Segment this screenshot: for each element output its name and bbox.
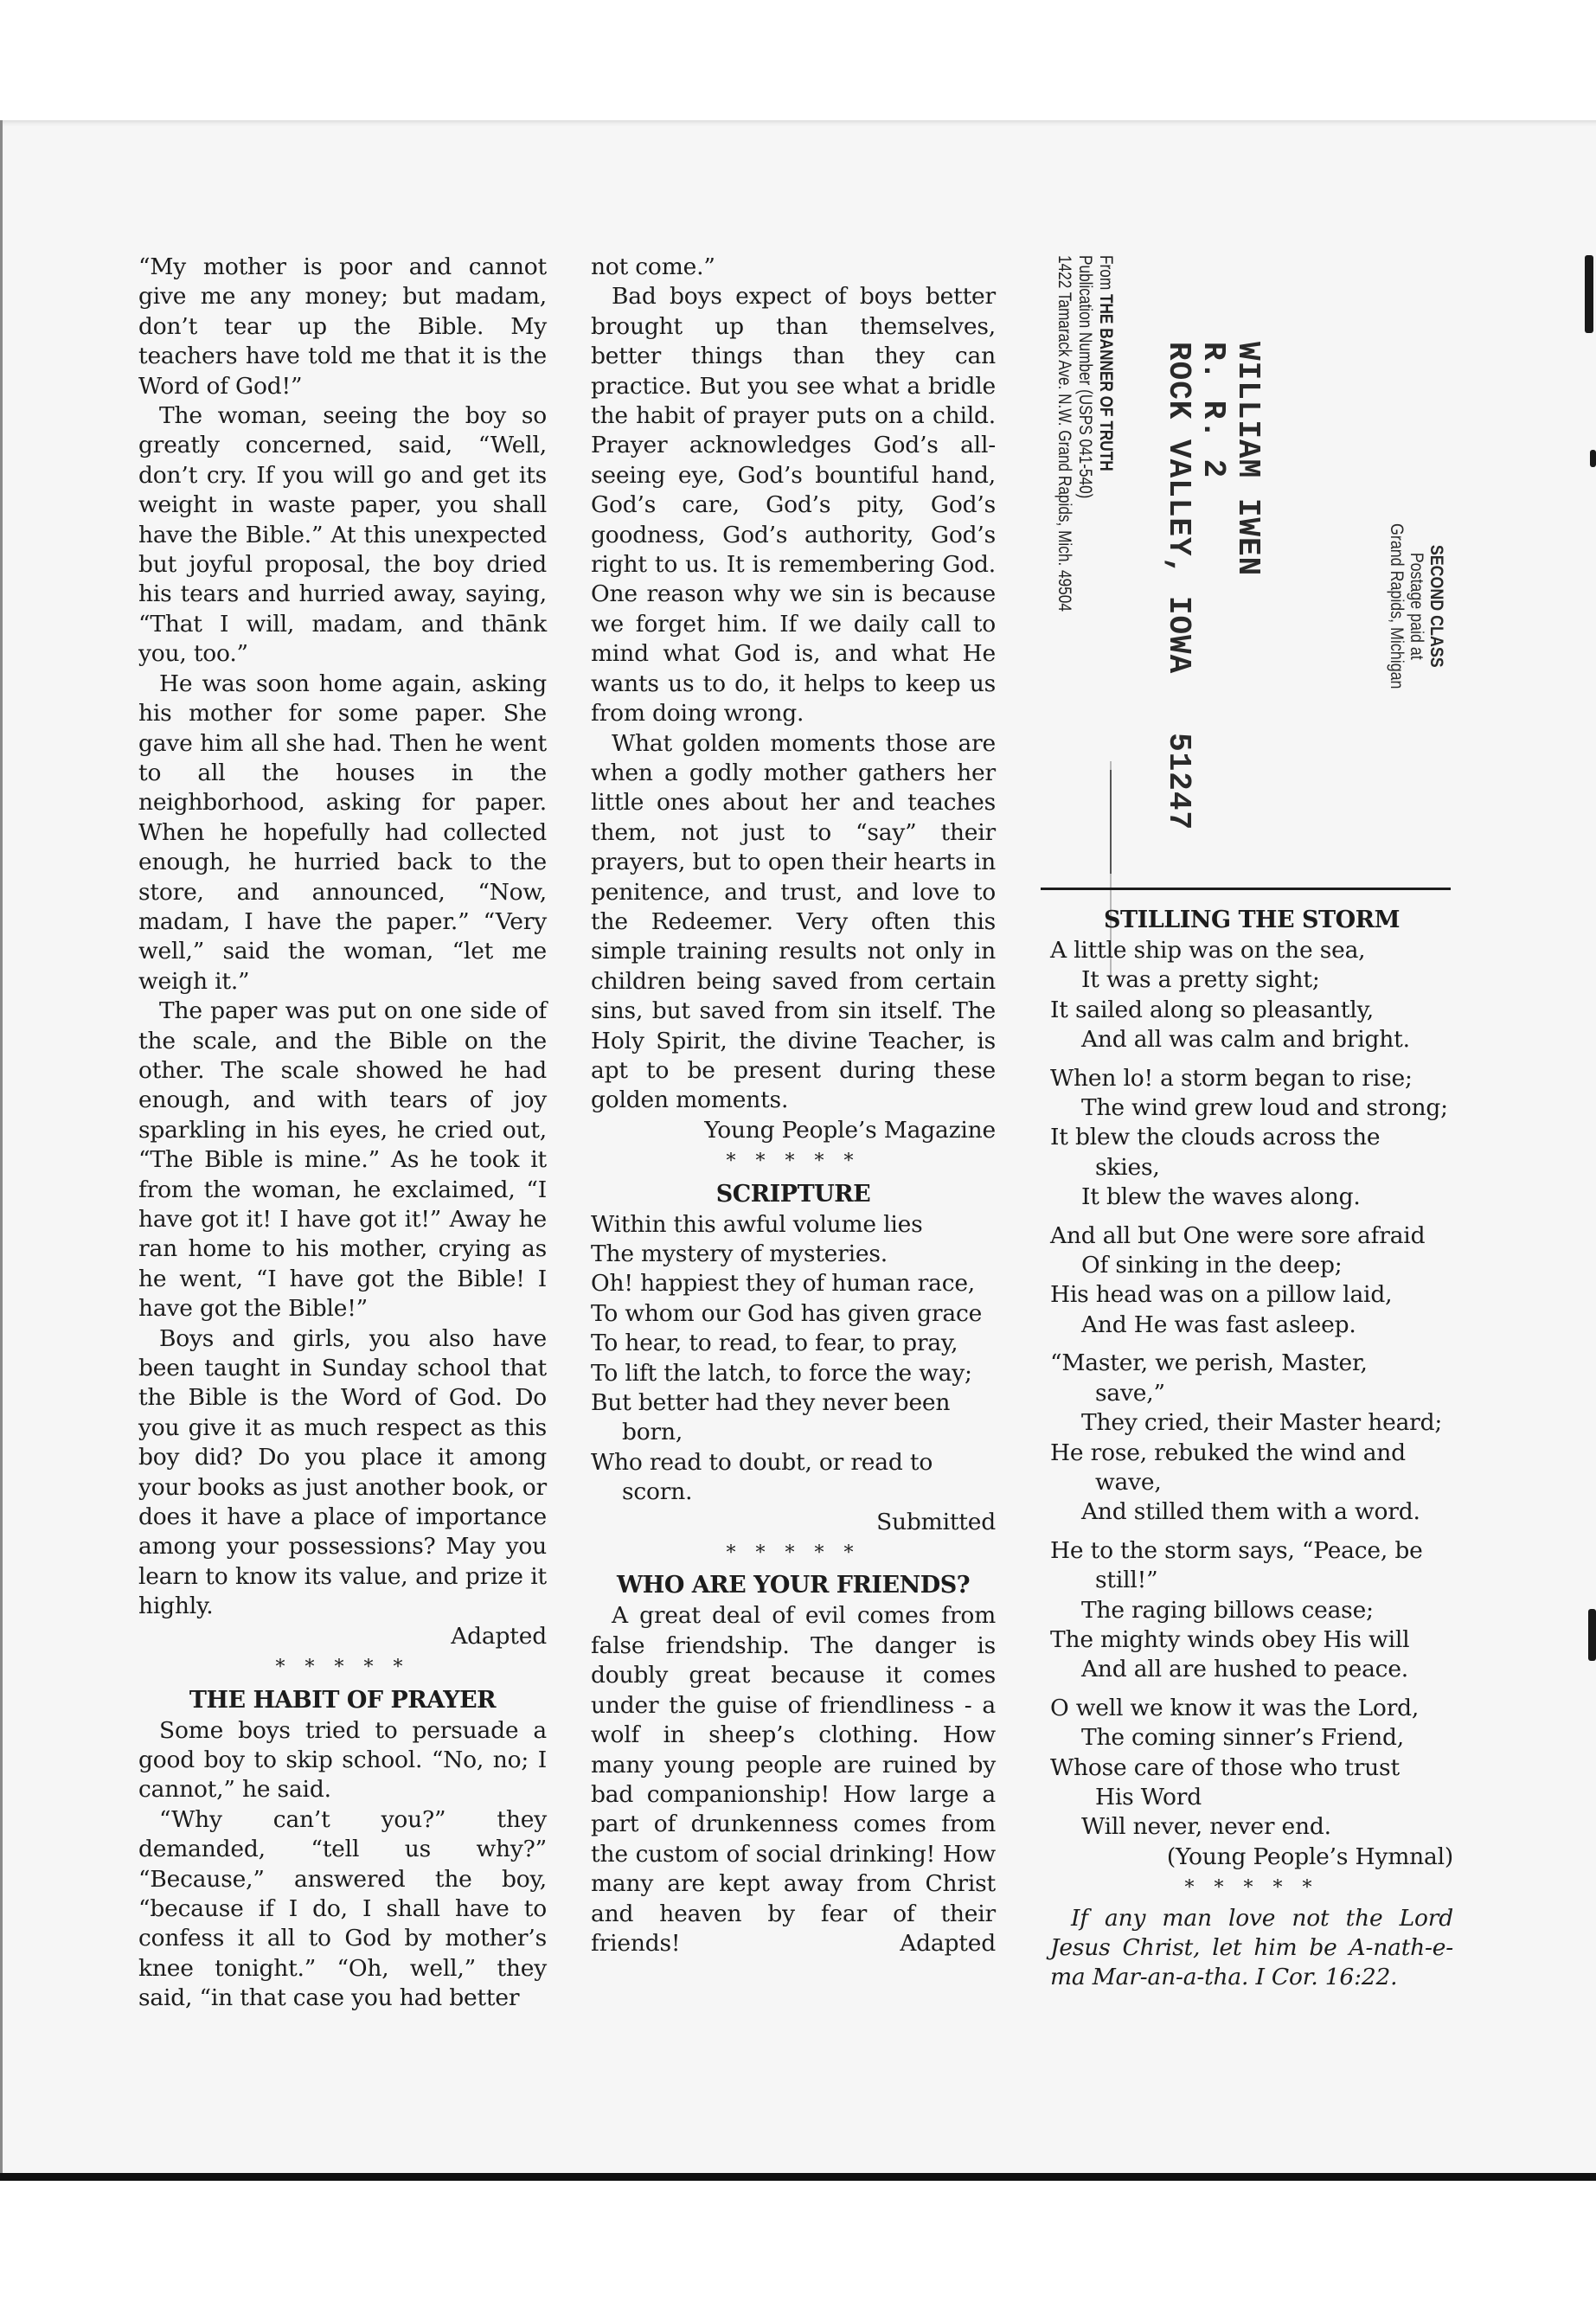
poem-line: Whose care of those who trust: [1050, 1753, 1453, 1783]
section-separator: * * * * *: [591, 1539, 996, 1568]
poem-line: It blew the clouds across the: [1050, 1123, 1453, 1152]
recipient-address: WILLIAM IWEN R. R. 2 ROCK VALLEY, IOWA 5…: [1161, 342, 1265, 830]
postage-line: Grand Rapids, Michigan: [1387, 523, 1407, 689]
middle-column: not come.” Bad boys expect of boys bette…: [591, 253, 996, 1959]
page-edge-mark: [1590, 450, 1596, 467]
poem-line: Within this awful volume lies: [591, 1210, 996, 1240]
recipient-city: ROCK VALLEY, IOWA 51247: [1161, 342, 1195, 830]
habit-paragraph: What golden moments those are when a god…: [591, 729, 996, 1116]
habit-paragraph: Some boys tried to persuade a good boy t…: [138, 1716, 547, 1805]
poem-line: His Word: [1050, 1783, 1453, 1812]
poem-stanza: “Master, we perish, Master, save,” They …: [1050, 1349, 1453, 1527]
poem-line: But better had they never been: [591, 1388, 996, 1418]
poem-attribution: (Young People’s Hymnal): [1050, 1843, 1453, 1872]
poem-stanza: A little ship was on the sea, It was a p…: [1050, 936, 1453, 1055]
left-column: “My mother is poor and cannot give me an…: [138, 253, 547, 2014]
stilling-the-storm-title: STILLING THE STORM: [1050, 905, 1453, 936]
page-edge-mark: [1588, 1609, 1596, 1661]
poem-line: A little ship was on the sea,: [1050, 936, 1453, 965]
habit-of-prayer-title: THE HABIT OF PRAYER: [138, 1685, 547, 1716]
poem-line: born,: [591, 1418, 996, 1447]
poem-line: Of sinking in the deep;: [1050, 1251, 1453, 1280]
scripture-poem: Within this awful volume lies The myster…: [591, 1210, 996, 1508]
story-attribution: Adapted: [138, 1622, 547, 1651]
poem-line: When lo! a storm began to rise;: [1050, 1064, 1453, 1093]
poem-line: The wind grew loud and strong;: [1050, 1093, 1453, 1123]
habit-paragraph: Bad boys expect of boys better brought u…: [591, 282, 996, 728]
page-edge-mark: [1585, 255, 1593, 333]
poem-line: It was a pretty sight;: [1050, 965, 1453, 995]
right-column: STILLING THE STORM A little ship was on …: [1050, 903, 1453, 1993]
postage-class: SECOND CLASS: [1426, 523, 1446, 689]
poem-line: The mystery of mysteries.: [591, 1240, 996, 1269]
label-divider-rule: [1041, 888, 1451, 890]
friends-title: WHO ARE YOUR FRIENDS?: [591, 1570, 996, 1601]
poem-line: “Master, we perish, Master,: [1050, 1349, 1453, 1378]
scripture-attribution: Submitted: [591, 1508, 996, 1537]
poem-line: They cried, their Master heard;: [1050, 1408, 1453, 1438]
section-separator: * * * * *: [1050, 1874, 1453, 1903]
poem-stanza: He to the storm says, “Peace, be still!”…: [1050, 1536, 1453, 1685]
poem-line: And stilled them with a word.: [1050, 1497, 1453, 1527]
poem-line: Will never, never end.: [1050, 1812, 1453, 1842]
poem-line: He rose, rebuked the wind and: [1050, 1439, 1453, 1468]
poem-line: To hear, to read, to fear, to pray,: [591, 1329, 996, 1358]
postage-line: Postage paid at: [1407, 523, 1426, 689]
publisher-return-address: From THE BANNER OF TRUTH Publication Num…: [1054, 255, 1116, 612]
poem-line: Who read to doubt, or read to: [591, 1448, 996, 1477]
scan-bottom-edge: [0, 2173, 1596, 2181]
story-paragraph: “My mother is poor and cannot give me an…: [138, 253, 547, 401]
recipient-name: WILLIAM IWEN: [1230, 342, 1265, 830]
poem-line: The mighty winds obey His will: [1050, 1625, 1453, 1655]
publisher-name: THE BANNER OF TRUTH: [1096, 294, 1116, 471]
poem-line: It blew the waves along.: [1050, 1183, 1453, 1212]
poem-line: The raging billows cease;: [1050, 1596, 1453, 1625]
label-fold-line: [1110, 770, 1112, 874]
poem-line: To whom our God has given grace: [591, 1299, 996, 1329]
poem-line: And all but One were sore afraid: [1050, 1221, 1453, 1251]
poem-line: He to the storm says, “Peace, be: [1050, 1536, 1453, 1566]
poem-line: O well we know it was the Lord,: [1050, 1694, 1453, 1723]
section-separator: * * * * *: [138, 1653, 547, 1682]
poem-line: scorn.: [591, 1477, 996, 1507]
habit-continuation: not come.”: [591, 253, 996, 282]
poem-stanza: O well we know it was the Lord, The comi…: [1050, 1694, 1453, 1843]
poem-line: save,”: [1050, 1379, 1453, 1408]
poem-line: The coming sinner’s Friend,: [1050, 1723, 1453, 1753]
poem-line: To lift the latch, to force the way;: [591, 1359, 996, 1388]
poem-line: skies,: [1050, 1153, 1453, 1183]
story-paragraph: The paper was put on one side of the sca…: [138, 997, 547, 1324]
friends-paragraph: A great deal of evil comes from false fr…: [591, 1601, 996, 1958]
poem-stanza: And all but One were sore afraid Of sink…: [1050, 1221, 1453, 1341]
habit-attribution: Young People’s Magazine: [591, 1116, 996, 1145]
publisher-address: 1422 Tamarack Ave. N.W. Grand Rapids, Mi…: [1054, 255, 1074, 612]
story-paragraph: He was soon home again, asking his mothe…: [138, 670, 547, 997]
postage-indicia: SECOND CLASS Postage paid at Grand Rapid…: [1387, 523, 1446, 689]
storm-poem: A little ship was on the sea, It was a p…: [1050, 936, 1453, 1843]
scripture-title: SCRIPTURE: [591, 1179, 996, 1210]
poem-stanza: When lo! a storm began to rise; The wind…: [1050, 1064, 1453, 1213]
from-prefix: From: [1096, 255, 1116, 290]
poem-line: And He was fast asleep.: [1050, 1311, 1453, 1340]
habit-paragraph: “Why can’t you?” they demanded, “tell us…: [138, 1805, 547, 2014]
section-separator: * * * * *: [591, 1147, 996, 1176]
poem-line: And all are hushed to peace.: [1050, 1655, 1453, 1684]
publication-number: Publication Number (USPS 041-540): [1074, 255, 1095, 612]
recipient-route: R. R. 2: [1195, 342, 1230, 830]
bible-verse: If any man love not the Lord Jesus Chris…: [1050, 1904, 1453, 1993]
poem-line: still!”: [1050, 1566, 1453, 1595]
story-paragraph: Boys and girls, you also have been taugh…: [138, 1324, 547, 1622]
poem-line: wave,: [1050, 1468, 1453, 1497]
poem-line: And all was calm and bright.: [1050, 1025, 1453, 1054]
story-paragraph: The woman, seeing the boy so greatly con…: [138, 401, 547, 670]
poem-line: It sailed along so pleasantly,: [1050, 996, 1453, 1025]
poem-line: His head was on a pillow laid,: [1050, 1280, 1453, 1310]
poem-line: Oh! happiest they of human race,: [591, 1269, 996, 1298]
